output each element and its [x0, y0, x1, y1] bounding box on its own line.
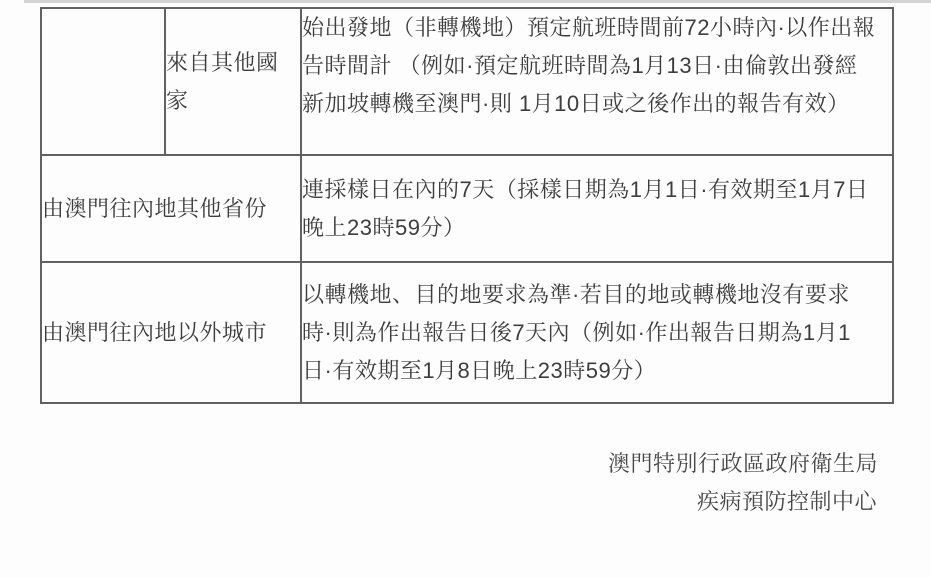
scanned-document-page: 來自其他國 家 始出發地（非轉機地）預定航班時間前72小時內·以作出報 告時間計… [0, 0, 931, 577]
table-row-macau-to-mainland-provinces: 由澳門往內地其他省份 連採樣日在內的7天（採樣日期為1月1日·有效期至1月7日 … [41, 155, 893, 262]
table-cell-rule-other-countries: 始出發地（非轉機地）預定航班時間前72小時內·以作出報 告時間計 （例如·預定航… [301, 8, 893, 155]
signature-cdc-center: 疾病預防控制中心 [697, 489, 877, 515]
table-cell-route-mainland-provinces: 由澳門往內地其他省份 [41, 155, 301, 262]
table-row-macau-to-cities-outside-mainland: 由澳門往內地以外城市 以轉機地、目的地要求為準·若目的地或轉機地沒有要求 時·則… [41, 262, 893, 403]
table-cell-rule-outside-mainland: 以轉機地、目的地要求為準·若目的地或轉機地沒有要求 時·則為作出報告日後7天內（… [301, 262, 893, 403]
table-cell-merged-empty [41, 8, 165, 155]
cropped-row-edge-line [24, 0, 931, 3]
signature-health-bureau: 澳門特別行政區政府衛生局 [608, 451, 878, 477]
report-validity-table: 來自其他國 家 始出發地（非轉機地）預定航班時間前72小時內·以作出報 告時間計… [40, 7, 894, 404]
table-cell-rule-mainland-provinces: 連採樣日在內的7天（採樣日期為1月1日·有效期至1月7日 晚上23時59分） [301, 155, 893, 262]
table-cell-route-outside-mainland: 由澳門往內地以外城市 [41, 262, 301, 403]
table-row-other-countries: 來自其他國 家 始出發地（非轉機地）預定航班時間前72小時內·以作出報 告時間計… [41, 8, 893, 155]
table-cell-origin-other-countries: 來自其他國 家 [165, 8, 301, 155]
